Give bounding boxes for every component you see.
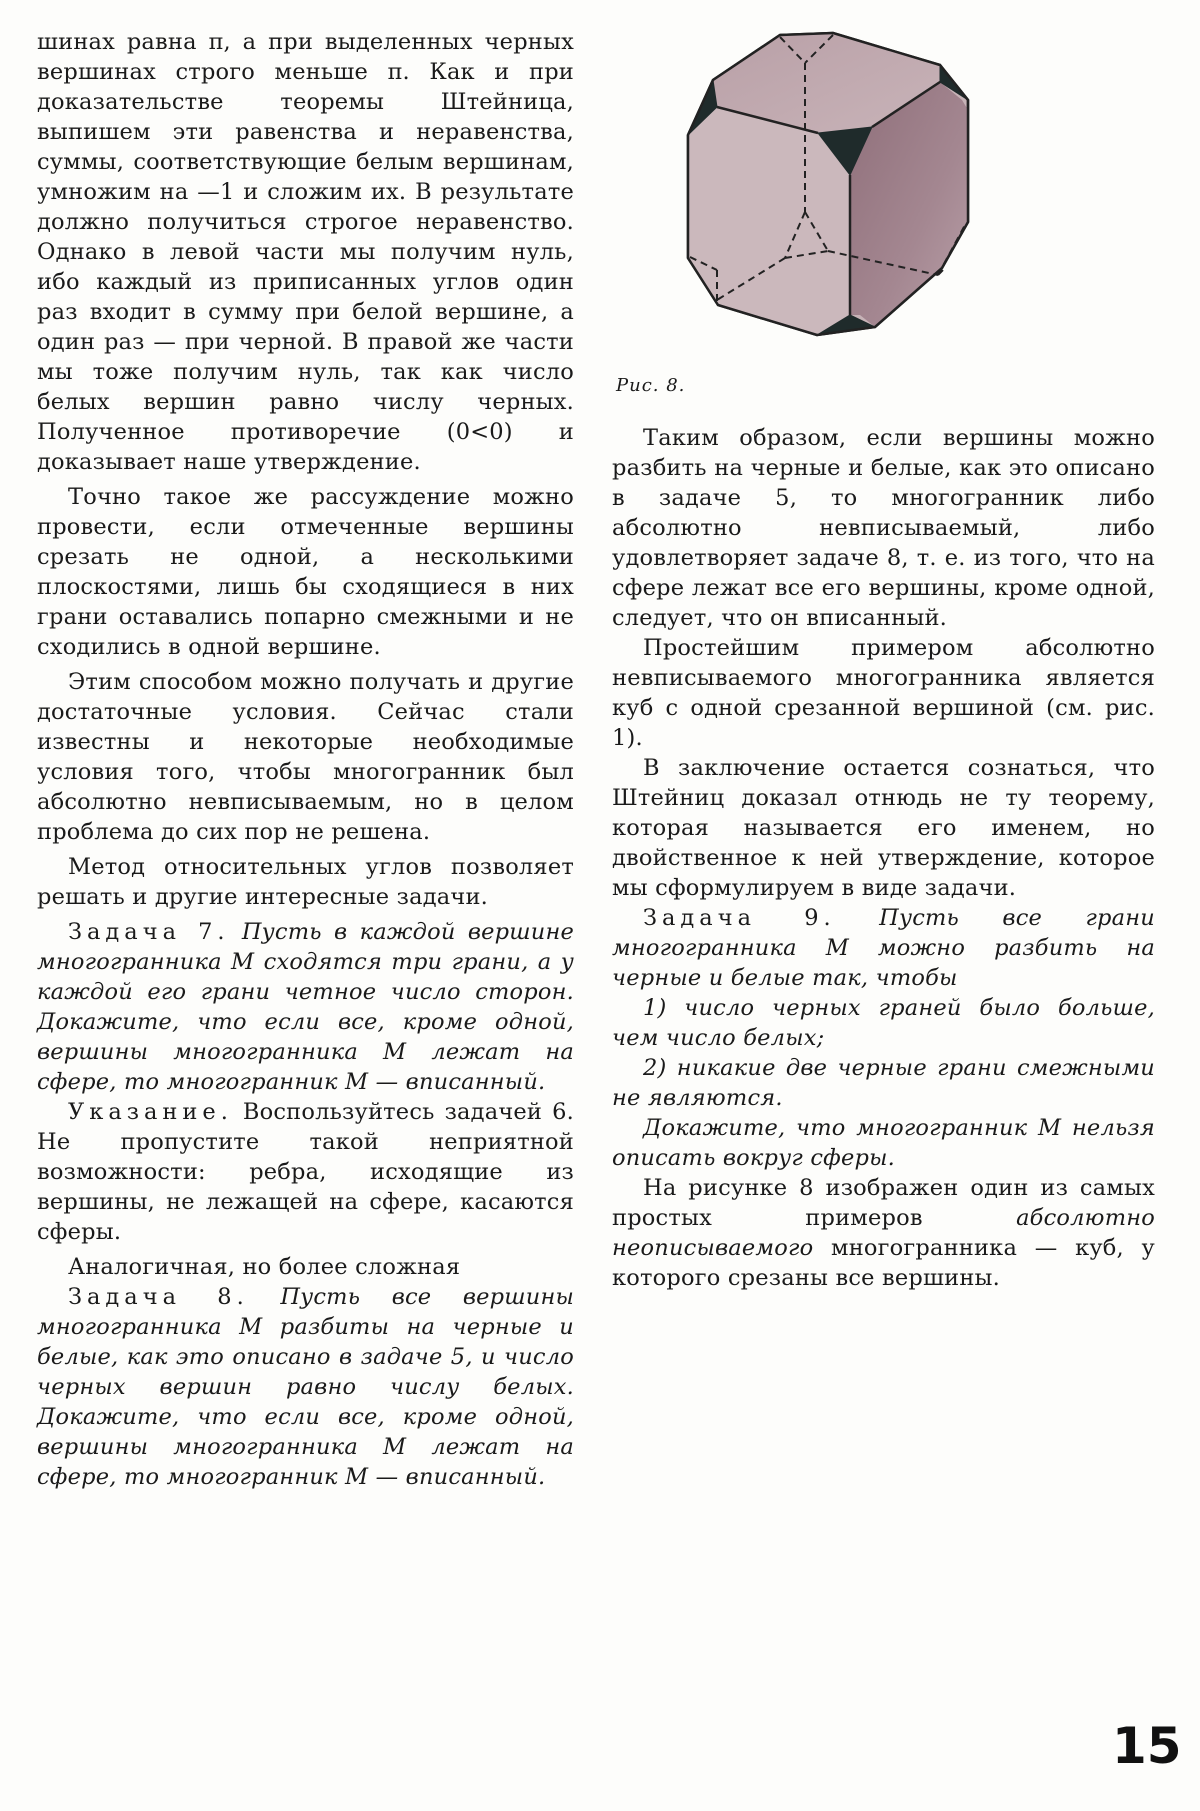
paragraph-same-reasoning: Точно такое же рассуждение можно провест…: [37, 482, 574, 662]
paragraph-conclusion: В заключение остается сознаться, что Ште…: [612, 753, 1155, 903]
paragraph-analogous: Аналогичная, но более сложная: [37, 1252, 574, 1282]
problem-9-conclusion: Докажите, что многогранник M нельзя опис…: [612, 1113, 1155, 1173]
problem-8: Задача 8. Пусть все вершины многогранник…: [37, 1282, 574, 1492]
paragraph-simplest-example: Простейшим примером абсолютно невписывае…: [612, 633, 1155, 753]
problem-8-text: Пусть все вершины многогранника M разбит…: [37, 1284, 574, 1490]
paragraph-relative-angles-method: Метод относительных углов позволяет реша…: [37, 852, 574, 912]
paragraph-other-conditions: Этим способом можно получать и другие до…: [37, 667, 574, 847]
right-column: Таким образом, если вершины можно разбит…: [612, 423, 1155, 1293]
hint-7: Указание. Воспользуйтесь задачей 6. Не п…: [37, 1097, 574, 1247]
truncated-cube-illustration: [680, 28, 1050, 348]
left-column: шинах равна π, а при выделенных черных в…: [37, 27, 574, 1492]
problem-9-condition-2: 2) никакие две черные грани смежными не …: [612, 1053, 1155, 1113]
page-number: 15: [1112, 1717, 1182, 1775]
figure-caption: Рис. 8.: [616, 375, 685, 396]
problem-7: Задача 7. Пусть в каждой вершине многогр…: [37, 917, 574, 1097]
paragraph-proof-end: шинах равна π, а при выделенных черных в…: [37, 27, 574, 477]
paragraph-figure-8-reference: На рисунке 8 изображен один из самых про…: [612, 1173, 1155, 1293]
problem-9-condition-1: 1) число черных граней было больше, чем …: [612, 993, 1155, 1053]
figure-8-truncated-cube: [680, 28, 1050, 348]
paragraph-thus: Таким образом, если вершины можно разбит…: [612, 423, 1155, 633]
problem-9: Задача 9. Пусть все грани многогранника …: [612, 903, 1155, 993]
hint-label: Указание.: [68, 1099, 233, 1125]
problem-8-label: Задача 8.: [68, 1284, 249, 1310]
problem-7-label: Задача 7.: [68, 919, 230, 945]
problem-9-label: Задача 9.: [643, 905, 836, 931]
problem-7-text: Пусть в каждой вершине многогранника M с…: [37, 919, 574, 1095]
